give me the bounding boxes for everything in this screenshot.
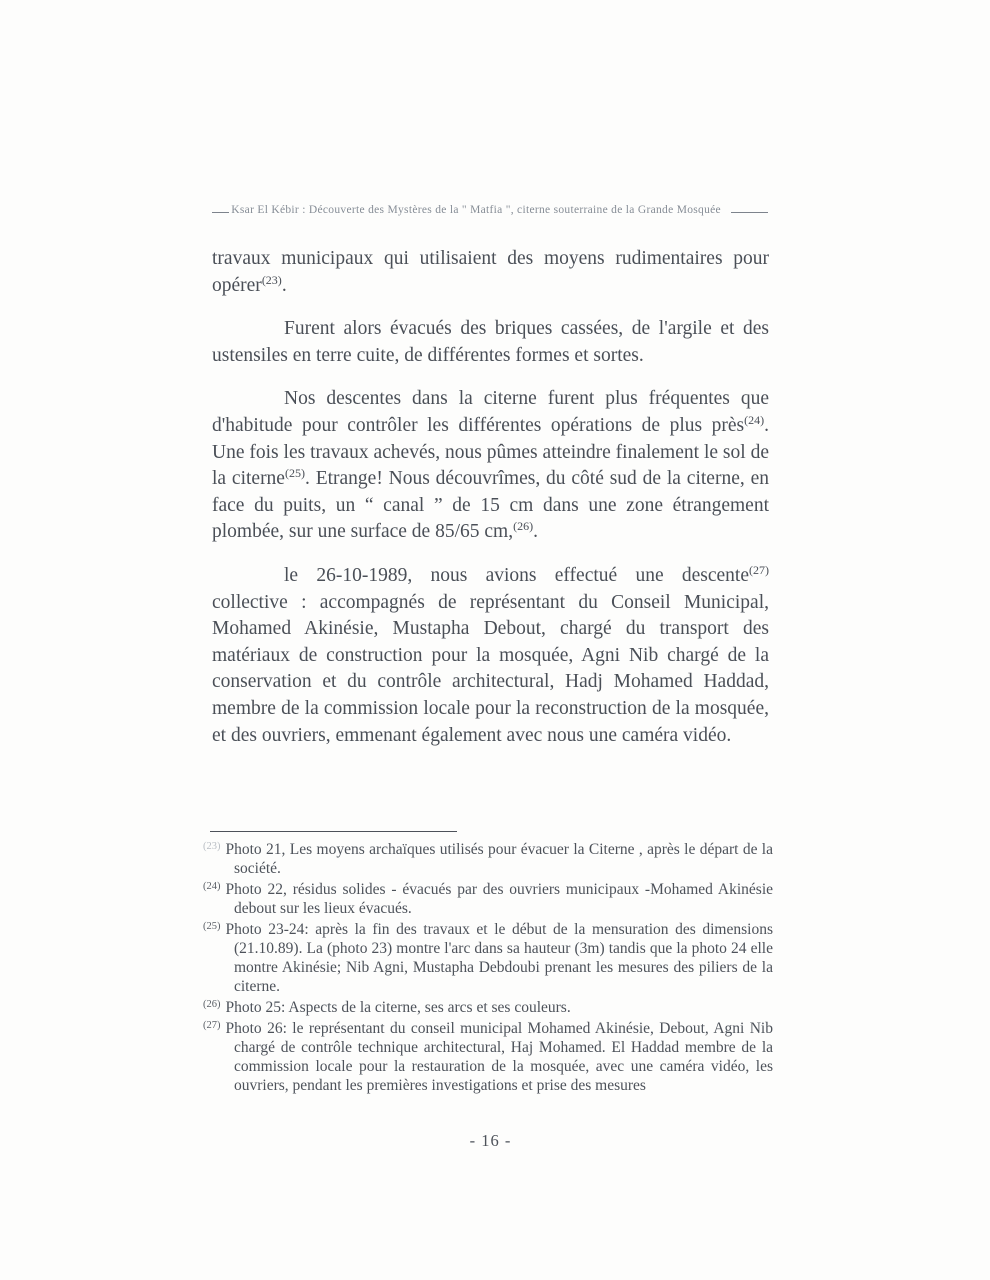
running-head-title: Ksar El Kébir : Découverte des Mystères …	[231, 204, 721, 216]
footnote-marker: (23)	[203, 841, 221, 852]
footnote-item: (25)Photo 23-24: après la fin des travau…	[203, 920, 773, 996]
paragraph-text: travaux municipaux qui utilisaient des m…	[212, 248, 769, 296]
paragraph-text: .	[533, 521, 538, 542]
footnotes-section: (23)Photo 21, Les moyens archaïques util…	[203, 831, 773, 1097]
paragraph-text: .	[282, 275, 287, 296]
footnote-marker: (24)	[203, 881, 221, 892]
footnote-text: Photo 22, résidus solides - évacués par …	[226, 881, 774, 917]
paragraph-text: le 26-10-1989, nous avions effectué une …	[284, 565, 749, 586]
document-page: Ksar El Kébir : Découverte des Mystères …	[0, 0, 990, 1280]
footnote-marker: (25)	[203, 921, 221, 932]
footnote-text: Photo 26: le représentant du conseil mun…	[226, 1020, 774, 1094]
running-head: Ksar El Kébir : Découverte des Mystères …	[212, 204, 768, 216]
paragraph: travaux municipaux qui utilisaient des m…	[212, 246, 769, 299]
footnote-marker: (26)	[203, 999, 221, 1010]
footnote-separator-rule	[210, 831, 457, 832]
page-number: - 16 -	[212, 1131, 769, 1151]
footnote-item: (27)Photo 26: le représentant du conseil…	[203, 1019, 773, 1095]
footnote-item: (23)Photo 21, Les moyens archaïques util…	[203, 840, 773, 878]
paragraph: Furent alors évacués des briques cassées…	[212, 316, 769, 369]
footnote-ref: (25)	[285, 466, 305, 480]
footnote-ref: (23)	[262, 273, 282, 287]
paragraph-text: Nos descentes dans la citerne furent plu…	[212, 388, 769, 436]
paragraph-text: Furent alors évacués des briques cassées…	[212, 318, 769, 366]
footnote-ref: (26)	[513, 519, 533, 533]
footnote-ref: (24)	[744, 413, 764, 427]
footnote-text: Photo 23-24: après la fin des travaux et…	[226, 921, 774, 995]
footnote-text: Photo 21, Les moyens archaïques utilisés…	[226, 841, 774, 877]
footnote-marker: (27)	[203, 1020, 221, 1031]
footnote-ref: (27)	[749, 563, 769, 577]
paragraph-text: collective : accompagnés de représentant…	[212, 592, 769, 746]
header-rule-right	[731, 210, 768, 213]
header-rule-left	[212, 210, 229, 213]
footnote-text: Photo 25: Aspects de la citerne, ses arc…	[226, 999, 571, 1016]
paragraph: le 26-10-1989, nous avions effectué une …	[212, 563, 769, 749]
body-text: travaux municipaux qui utilisaient des m…	[212, 246, 769, 766]
paragraph: Nos descentes dans la citerne furent plu…	[212, 386, 769, 546]
footnote-item: (24)Photo 22, résidus solides - évacués …	[203, 880, 773, 918]
footnote-item: (26)Photo 25: Aspects de la citerne, ses…	[203, 998, 773, 1017]
